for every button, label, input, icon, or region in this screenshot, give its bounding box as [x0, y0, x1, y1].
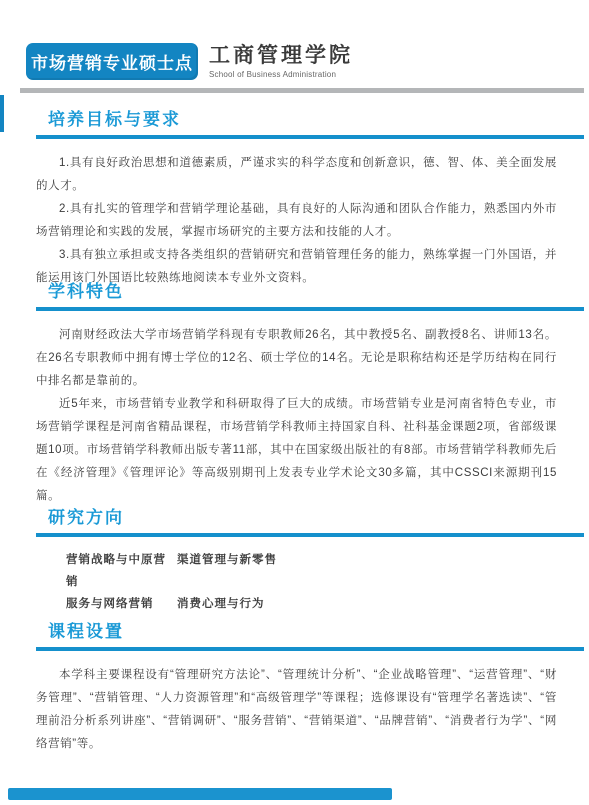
goal-paragraph-1: 1.具有良好政治思想和道德素质，严谨求实的科学态度和创新意识，德、智、体、美全面… [36, 152, 557, 198]
section-title: 课程设置 [48, 622, 584, 642]
section-course-setup: 课程设置 本学科主要课程设有“管理研究方法论”、“管理统计分析”、“企业战略管理… [36, 622, 584, 756]
section-title: 学科特色 [48, 282, 584, 302]
feature-paragraph-2: 近5年来，市场营销专业教学和科研取得了巨大的成绩。市场营销专业是河南省特色专业，… [36, 393, 557, 508]
school-name-en: School of Business Administration [209, 70, 353, 79]
research-direction-item: 服务与网络营销 [66, 593, 177, 615]
research-direction-item: 渠道管理与新零售 [177, 549, 584, 593]
section-title-rule [36, 647, 584, 651]
left-accent-dash [0, 95, 4, 132]
header-divider [20, 88, 584, 93]
section-research-directions: 研究方向 营销战略与中原营销 渠道管理与新零售 服务与网络营销 消费心理与行为 [36, 508, 584, 615]
section-title-rule [36, 533, 584, 537]
research-direction-list: 营销战略与中原营销 渠道管理与新零售 服务与网络营销 消费心理与行为 [66, 549, 584, 615]
research-direction-item: 消费心理与行为 [177, 593, 584, 615]
section-body: 河南财经政法大学市场营销学科现有专职教师26名，其中教授5名、副教授8名、讲师1… [36, 324, 557, 508]
page-header: 市场营销专业硕士点 工商管理学院 School of Business Admi… [26, 43, 353, 80]
section-title: 培养目标与要求 [48, 110, 584, 130]
school-name-cn: 工商管理学院 [209, 45, 353, 67]
feature-paragraph-1: 河南财经政法大学市场营销学科现有专职教师26名，其中教授5名、副教授8名、讲师1… [36, 324, 557, 393]
section-title-rule [36, 307, 584, 311]
school-title-block: 工商管理学院 School of Business Administration [209, 43, 353, 79]
section-training-goals: 培养目标与要求 1.具有良好政治思想和道德素质，严谨求实的科学态度和创新意识，德… [36, 110, 584, 290]
section-title-rule [36, 135, 584, 139]
program-badge: 市场营销专业硕士点 [26, 43, 198, 80]
section-body: 1.具有良好政治思想和道德素质，严谨求实的科学态度和创新意识，德、智、体、美全面… [36, 152, 557, 290]
research-direction-item: 营销战略与中原营销 [66, 549, 177, 593]
course-paragraph: 本学科主要课程设有“管理研究方法论”、“管理统计分析”、“企业战略管理”、“运营… [36, 664, 557, 756]
section-body: 本学科主要课程设有“管理研究方法论”、“管理统计分析”、“企业战略管理”、“运营… [36, 664, 557, 756]
section-discipline-features: 学科特色 河南财经政法大学市场营销学科现有专职教师26名，其中教授5名、副教授8… [36, 282, 584, 508]
footer-accent-bar [8, 788, 392, 800]
section-title: 研究方向 [48, 508, 584, 528]
goal-paragraph-2: 2.具有扎实的管理学和营销学理论基础，具有良好的人际沟通和团队合作能力，熟悉国内… [36, 198, 557, 244]
